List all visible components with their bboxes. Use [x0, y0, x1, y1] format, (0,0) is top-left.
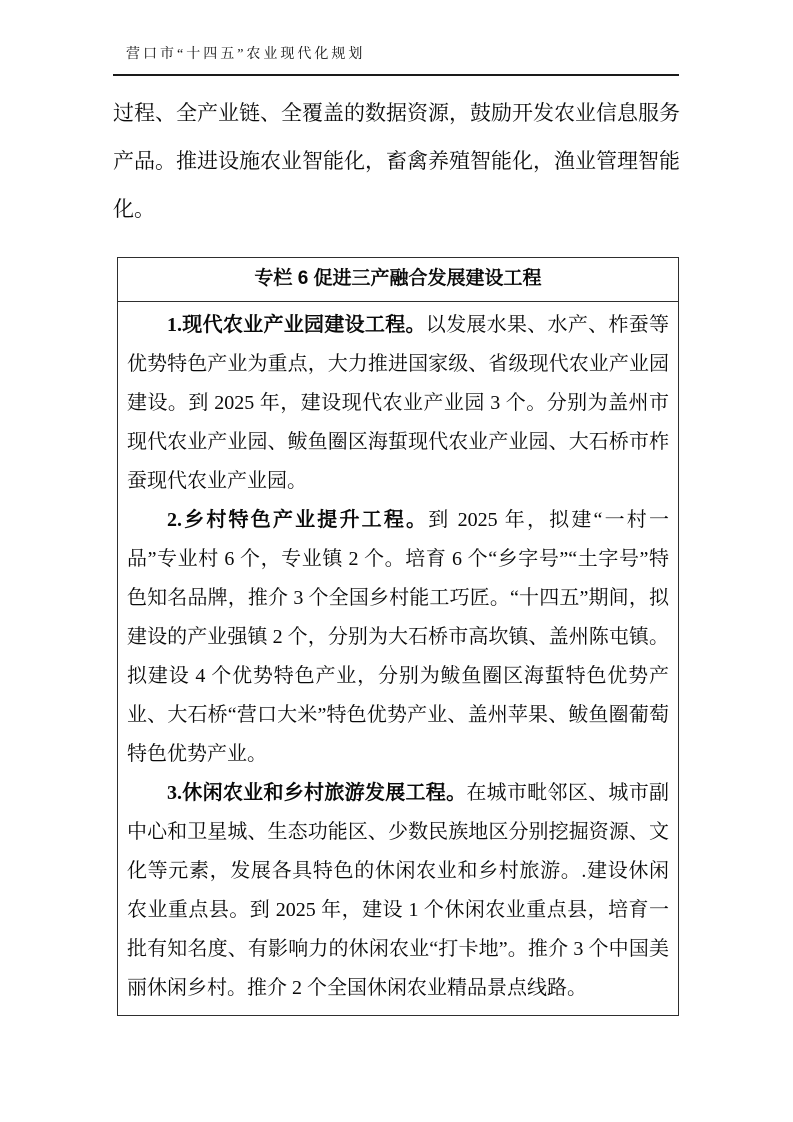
box-body: 1.现代农业产业园建设工程。以发展水果、水产、柞蚕等优势特色产业为重点，大力推进…	[118, 302, 678, 1015]
box-paragraph-2: 2.乡村特色产业提升工程。到 2025 年，拟建“一村一品”专业村 6 个，专业…	[127, 501, 669, 774]
body-paragraph: 过程、全产业链、全覆盖的数据资源，鼓励开发农业信息服务产品。推进设施农业智能化，…	[113, 89, 680, 233]
header-title: 营口市“十四五”农业现代化规划	[113, 45, 679, 65]
box-paragraph-1-lead: 1.现代农业产业园建设工程。	[167, 314, 426, 336]
column-box: 专栏 6 促进三产融合发展建设工程 1.现代农业产业园建设工程。以发展水果、水产…	[117, 257, 679, 1016]
box-title: 专栏 6 促进三产融合发展建设工程	[254, 268, 541, 289]
box-paragraph-1: 1.现代农业产业园建设工程。以发展水果、水产、柞蚕等优势特色产业为重点，大力推进…	[127, 306, 669, 501]
box-paragraph-1-text: 以发展水果、水产、柞蚕等优势特色产业为重点，大力推进国家级、省级现代农业产业园建…	[127, 314, 669, 492]
page-header: 营口市“十四五”农业现代化规划	[113, 45, 679, 76]
box-paragraph-3: 3.休闲农业和乡村旅游发展工程。在城市毗邻区、城市副中心和卫星城、生态功能区、少…	[127, 774, 669, 1008]
box-paragraph-3-text: 在城市毗邻区、城市副中心和卫星城、生态功能区、少数民族地区分别挖掘资源、文化等元…	[127, 782, 669, 999]
document-page: 营口市“十四五”农业现代化规划 过程、全产业链、全覆盖的数据资源，鼓励开发农业信…	[0, 0, 793, 1122]
box-paragraph-2-lead: 2.乡村特色产业提升工程。	[167, 509, 428, 531]
box-paragraph-3-lead: 3.休闲农业和乡村旅游发展工程。	[167, 782, 466, 804]
box-paragraph-2-text: 到 2025 年，拟建“一村一品”专业村 6 个，专业镇 2 个。培育 6 个“…	[127, 509, 669, 765]
box-title-row: 专栏 6 促进三产融合发展建设工程	[118, 258, 678, 302]
